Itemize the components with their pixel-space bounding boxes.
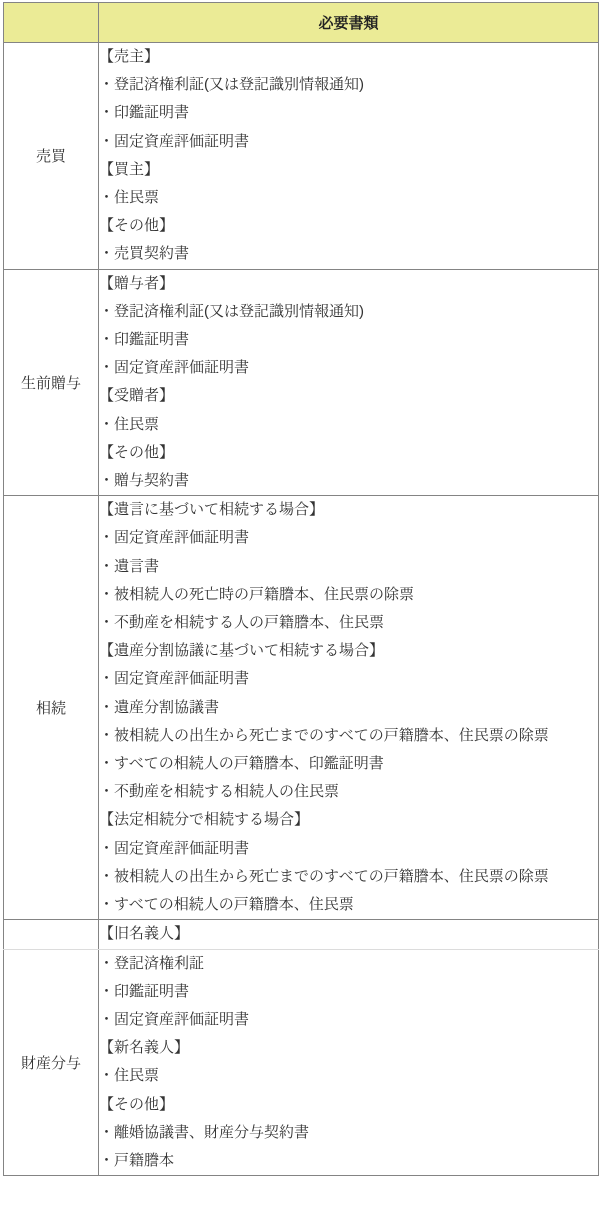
documents-cell: 【売主】 ・登記済権利証(又は登記識別情報通知) ・印鑑証明書 ・固定資産評価証…	[99, 43, 599, 270]
required-documents-table: 必要書類 売買 【売主】 ・登記済権利証(又は登記識別情報通知) ・印鑑証明書 …	[3, 2, 599, 1176]
document-group-label: 【受贈者】	[99, 382, 598, 410]
document-item: ・戸籍謄本	[99, 1147, 598, 1175]
document-item: ・不動産を相続する相続人の住民票	[99, 778, 598, 806]
document-item: ・固定資産評価証明書	[99, 1006, 598, 1034]
table-row-property-division: 財産分与 ・登記済権利証 ・印鑑証明書 ・固定資産評価証明書 【新名義人】 ・住…	[4, 949, 599, 1176]
document-item: ・登記済権利証(又は登記識別情報通知)	[99, 71, 598, 99]
document-item: ・すべての相続人の戸籍謄本、印鑑証明書	[99, 750, 598, 778]
documents-cell: ・登記済権利証 ・印鑑証明書 ・固定資産評価証明書 【新名義人】 ・住民票 【そ…	[99, 949, 599, 1176]
document-group-label: 【旧名義人】	[99, 920, 598, 948]
document-group-label: 【新名義人】	[99, 1034, 598, 1062]
document-item: ・登記済権利証	[99, 950, 598, 978]
category-header-cell	[4, 3, 99, 43]
document-item: ・被相続人の出生から死亡までのすべての戸籍謄本、住民票の除票	[99, 722, 598, 750]
document-group-label: 【買主】	[99, 156, 598, 184]
table-row-sale: 売買 【売主】 ・登記済権利証(又は登記識別情報通知) ・印鑑証明書 ・固定資産…	[4, 43, 599, 270]
document-item: ・固定資産評価証明書	[99, 524, 598, 552]
document-item: ・遺言書	[99, 553, 598, 581]
table-row-inheritance: 相続 【遺言に基づいて相続する場合】 ・固定資産評価証明書 ・遺言書 ・被相続人…	[4, 496, 599, 920]
document-item: ・印鑑証明書	[99, 99, 598, 127]
document-item: ・印鑑証明書	[99, 326, 598, 354]
category-cell-empty	[4, 920, 99, 949]
document-item: ・離婚協議書、財産分与契約書	[99, 1119, 598, 1147]
page: 必要書類 売買 【売主】 ・登記済権利証(又は登記識別情報通知) ・印鑑証明書 …	[0, 0, 612, 1221]
category-cell: 売買	[4, 43, 99, 270]
document-group-label: 【売主】	[99, 43, 598, 71]
documents-cell: 【贈与者】 ・登記済権利証(又は登記識別情報通知) ・印鑑証明書 ・固定資産評価…	[99, 269, 599, 496]
document-item: ・住民票	[99, 1062, 598, 1090]
document-item: ・固定資産評価証明書	[99, 665, 598, 693]
document-group-label: 【遺産分割協議に基づいて相続する場合】	[99, 637, 598, 665]
document-group-label: 【その他】	[99, 212, 598, 240]
document-item: ・贈与契約書	[99, 467, 598, 495]
document-item: ・売買契約書	[99, 240, 598, 268]
document-item: ・被相続人の死亡時の戸籍謄本、住民票の除票	[99, 581, 598, 609]
table-row-gift: 生前贈与 【贈与者】 ・登記済権利証(又は登記識別情報通知) ・印鑑証明書 ・固…	[4, 269, 599, 496]
header-row: 必要書類	[4, 3, 599, 43]
documents-cell: 【旧名義人】	[99, 920, 599, 949]
documents-cell: 【遺言に基づいて相続する場合】 ・固定資産評価証明書 ・遺言書 ・被相続人の死亡…	[99, 496, 599, 920]
documents-header-cell: 必要書類	[99, 3, 599, 43]
document-group-label: 【法定相続分で相続する場合】	[99, 806, 598, 834]
document-group-label: 【贈与者】	[99, 270, 598, 298]
document-item: ・不動産を相続する人の戸籍謄本、住民票	[99, 609, 598, 637]
document-item: ・登記済権利証(又は登記識別情報通知)	[99, 298, 598, 326]
table-row-old-owner-label: 【旧名義人】	[4, 920, 599, 949]
document-item: ・被相続人の出生から死亡までのすべての戸籍謄本、住民票の除票	[99, 863, 598, 891]
document-group-label: 【遺言に基づいて相続する場合】	[99, 496, 598, 524]
document-group-label: 【その他】	[99, 439, 598, 467]
category-cell: 相続	[4, 496, 99, 920]
category-cell: 生前贈与	[4, 269, 99, 496]
category-cell: 財産分与	[4, 949, 99, 1176]
document-item: ・すべての相続人の戸籍謄本、住民票	[99, 891, 598, 919]
document-item: ・住民票	[99, 411, 598, 439]
document-item: ・固定資産評価証明書	[99, 354, 598, 382]
document-item: ・住民票	[99, 184, 598, 212]
document-item: ・遺産分割協議書	[99, 694, 598, 722]
document-group-label: 【その他】	[99, 1091, 598, 1119]
document-item: ・固定資産評価証明書	[99, 128, 598, 156]
document-item: ・印鑑証明書	[99, 978, 598, 1006]
document-item: ・固定資産評価証明書	[99, 835, 598, 863]
